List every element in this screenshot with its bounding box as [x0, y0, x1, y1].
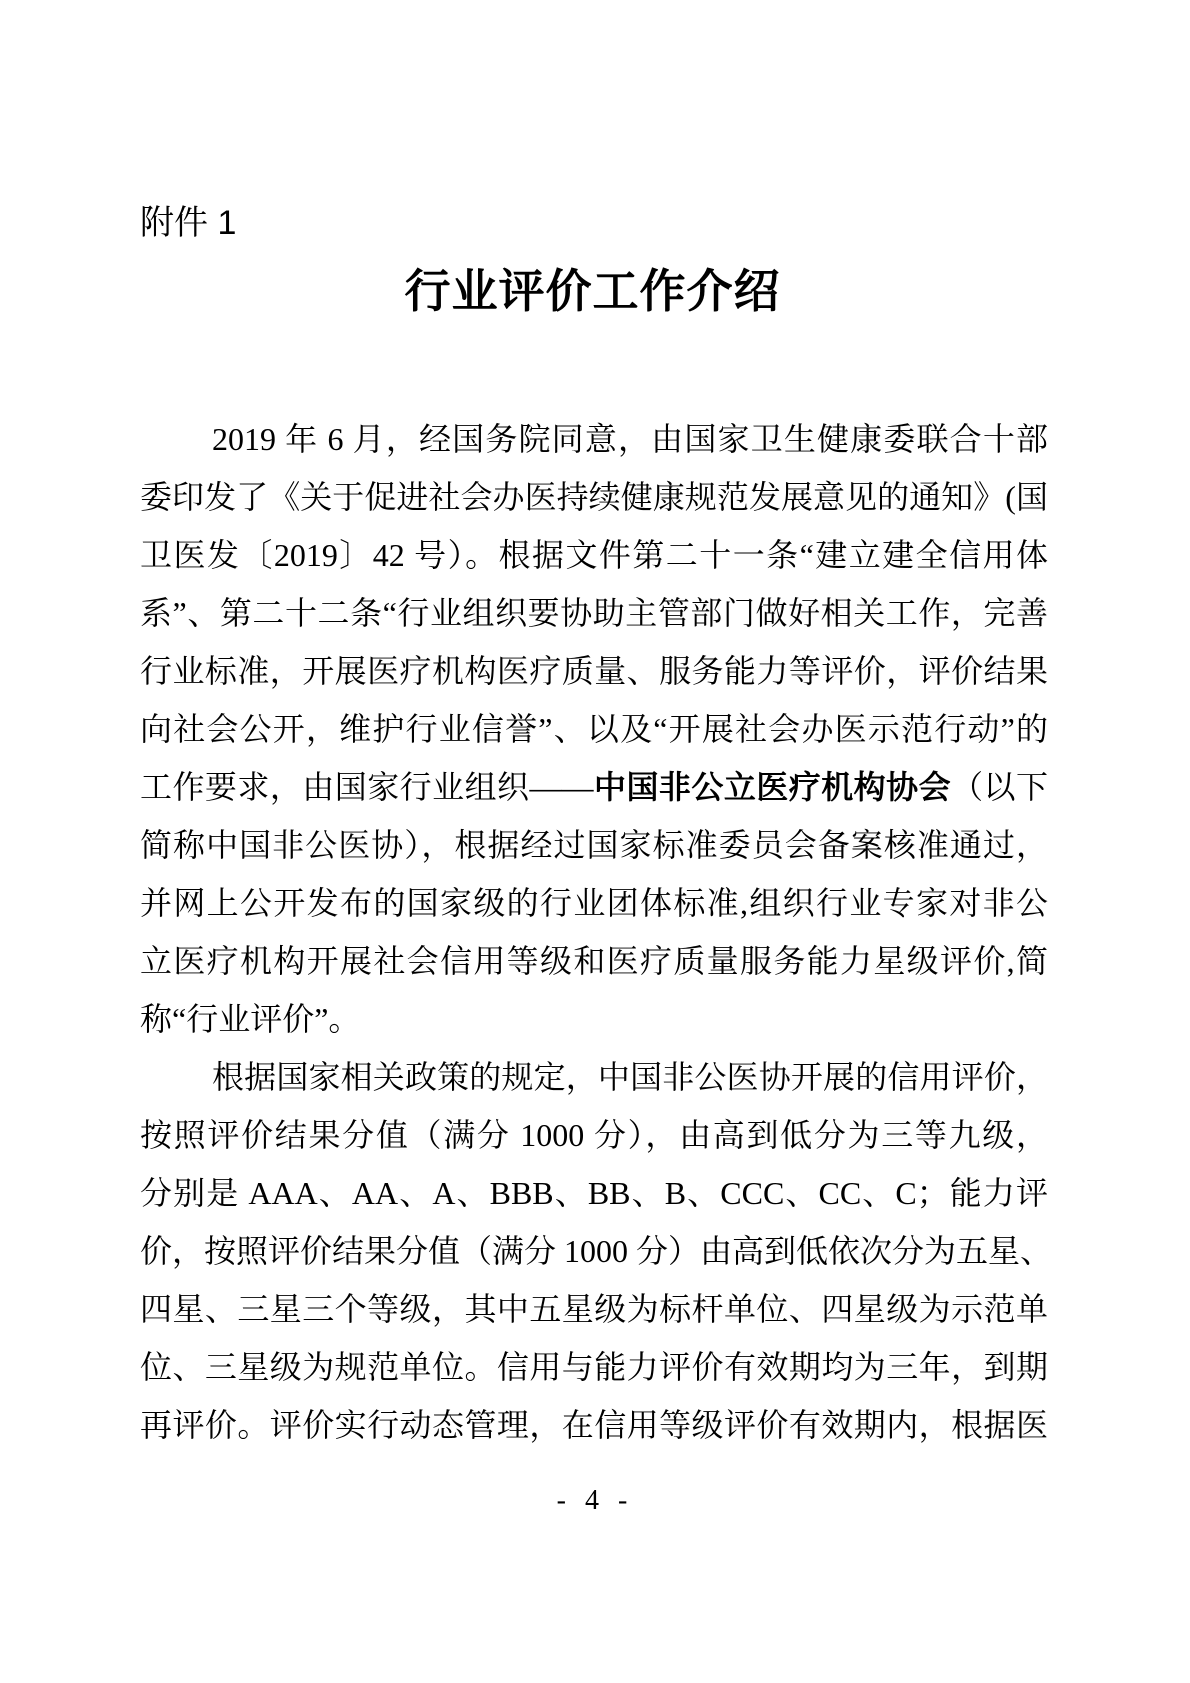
line-text-pre: 工作要求，由国家行业组织—— — [140, 769, 594, 805]
paragraph1-line-9: 并网上公开发布的国家级的行业团体标准,组织行业专家对非公 — [140, 874, 1048, 932]
paragraph1-line-1: 2019 年 6 月，经国务院同意，由国家卫生健康委联合十部 — [140, 410, 1048, 468]
paragraph1-line-10: 立医疗机构开展社会信用等级和医疗质量服务能力星级评价,简 — [140, 932, 1048, 990]
line-text-post: （以下 — [951, 769, 1048, 805]
paragraph1-line-5: 行业标准，开展医疗机构医疗质量、服务能力等评价，评价结果 — [140, 642, 1048, 700]
paragraph2-line-6: 位、三星级为规范单位。信用与能力评价有效期均为三年，到期 — [140, 1338, 1048, 1396]
paragraph1-line-11: 称“行业评价”。 — [140, 990, 1048, 1048]
document-page: 附件 1 行业评价工作介绍 2019 年 6 月，经国务院同意，由国家卫生健康委… — [0, 0, 1190, 1683]
paragraph1-line-6: 向社会公开，维护行业信誉”、以及“开展社会办医示范行动”的 — [140, 700, 1048, 758]
attachment-label: 附件 1 — [140, 200, 1190, 246]
page-title: 行业评价工作介绍 — [140, 262, 1045, 322]
page-number: - 4 - — [0, 1484, 1190, 1518]
paragraph1-line-3: 卫医发〔2019〕42 号）。根据文件第二十一条“建立建全信用体 — [140, 526, 1048, 584]
document-body: 2019 年 6 月，经国务院同意，由国家卫生健康委联合十部 委印发了《关于促进… — [140, 410, 1048, 1454]
organization-name-bold: 中国非公立医疗机构协会 — [594, 769, 952, 805]
paragraph2-line-5: 四星、三星三个等级，其中五星级为标杆单位、四星级为示范单 — [140, 1280, 1048, 1338]
paragraph2-line-3: 分别是 AAA、AA、A、BBB、BB、B、CCC、CC、C；能力评 — [140, 1164, 1048, 1222]
paragraph2-line-1: 根据国家相关政策的规定，中国非公医协开展的信用评价， — [140, 1048, 1048, 1106]
paragraph1-line-8: 简称中国非公医协），根据经过国家标准委员会备案核准通过， — [140, 816, 1048, 874]
paragraph1-line-7: 工作要求，由国家行业组织——中国非公立医疗机构协会（以下 — [140, 758, 1048, 816]
paragraph2-line-2: 按照评价结果分值（满分 1000 分），由高到低分为三等九级， — [140, 1106, 1048, 1164]
paragraph1-line-2: 委印发了《关于促进社会办医持续健康规范发展意见的通知》(国 — [140, 468, 1048, 526]
paragraph2-line-4: 价，按照评价结果分值（满分 1000 分）由高到低依次分为五星、 — [140, 1222, 1048, 1280]
paragraph1-line-4: 系”、第二十二条“行业组织要协助主管部门做好相关工作，完善 — [140, 584, 1048, 642]
paragraph2-line-7: 再评价。评价实行动态管理，在信用等级评价有效期内，根据医 — [140, 1396, 1048, 1454]
